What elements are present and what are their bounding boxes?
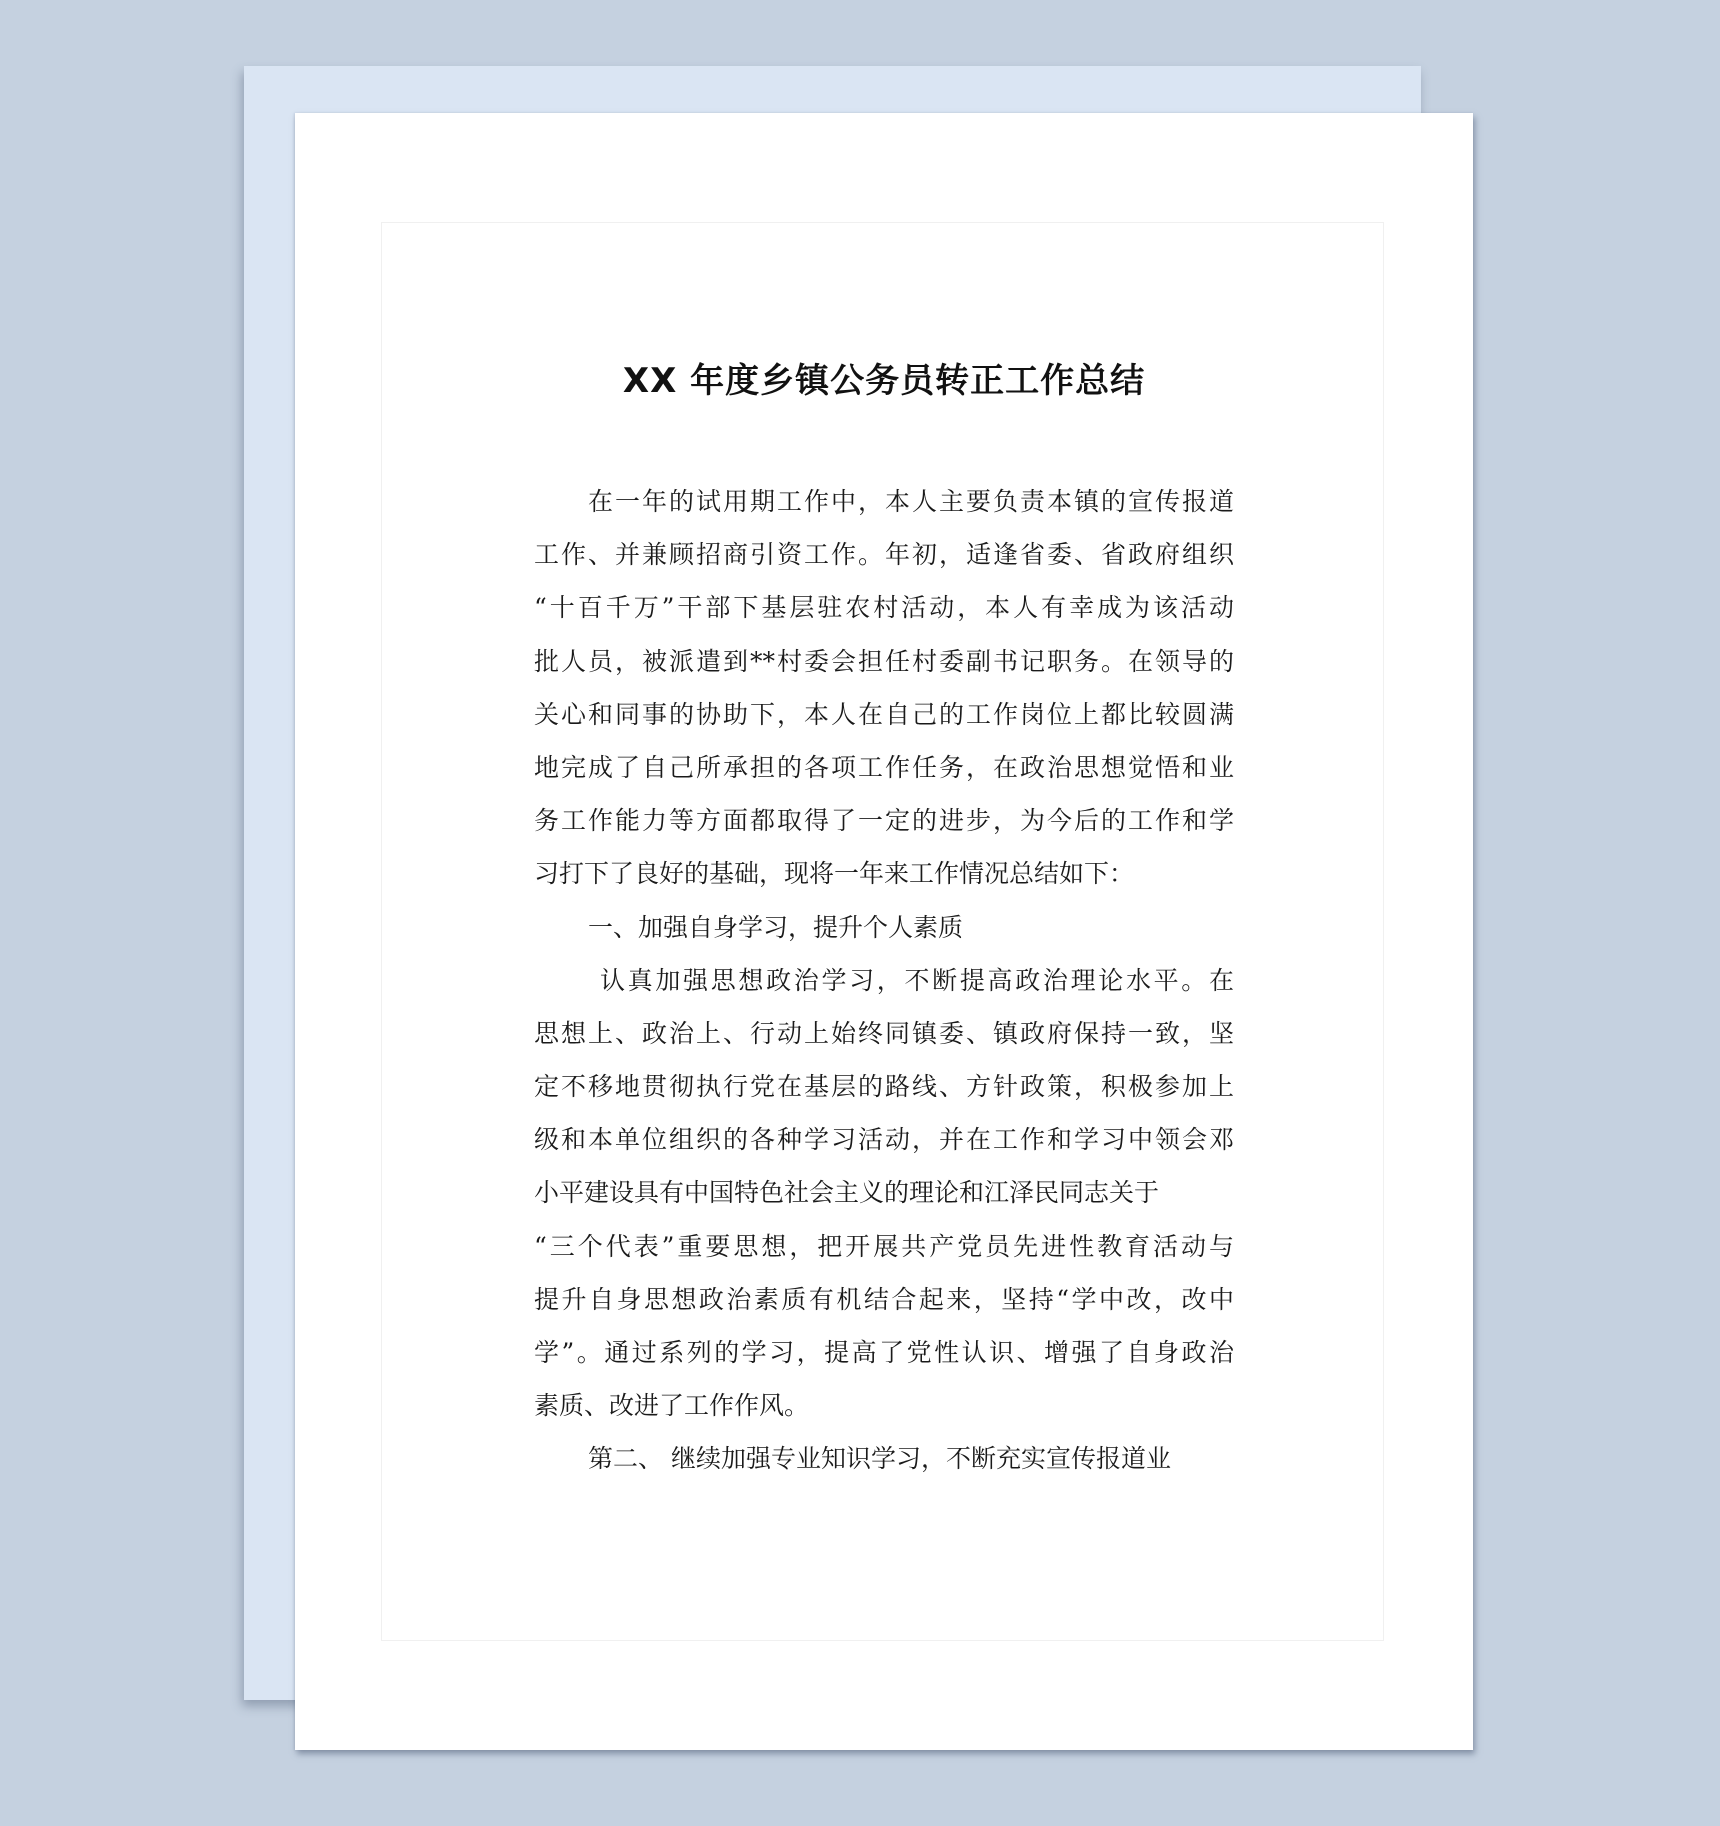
paragraph-line: 在一年的试用期工作中，本人主要负责本镇的宣传报道: [534, 475, 1234, 528]
paragraph-line: 务工作能力等方面都取得了一定的进步，为今后的工作和学: [534, 794, 1234, 847]
paragraph-line: 小平建设具有中国特色社会主义的理论和江泽民同志关于: [534, 1166, 1234, 1219]
paragraph-line: 地完成了自己所承担的各项工作任务，在政治思想觉悟和业: [534, 741, 1234, 794]
paragraph-line: “三个代表”重要思想，把开展共产党员先进性教育活动与: [534, 1220, 1234, 1273]
paragraph-line: 工作、并兼顾招商引资工作。年初，适逢省委、省政府组织: [534, 528, 1234, 581]
document-body: 在一年的试用期工作中，本人主要负责本镇的宣传报道 工作、并兼顾招商引资工作。年初…: [534, 475, 1234, 1486]
paragraph-line: 素质、改进了工作作风。: [534, 1379, 1234, 1432]
paragraph-line: 认真加强思想政治学习，不断提高政治理论水平。在: [534, 954, 1234, 1007]
paragraph-line: 级和本单位组织的各种学习活动，并在工作和学习中领会邓: [534, 1113, 1234, 1166]
document-title: XX 年度乡镇公务员转正工作总结: [295, 353, 1473, 402]
paragraph-line: 批人员，被派遣到**村委会担任村委副书记职务。在领导的: [534, 635, 1234, 688]
section-heading: 第二、 继续加强专业知识学习，不断充实宣传报道业: [534, 1432, 1234, 1485]
paragraph-line: 思想上、政治上、行动上始终同镇委、镇政府保持一致，坚: [534, 1007, 1234, 1060]
section-heading: 一、加强自身学习，提升个人素质: [534, 901, 1234, 954]
paragraph-line: 关心和同事的协助下，本人在自己的工作岗位上都比较圆满: [534, 688, 1234, 741]
document-page: XX 年度乡镇公务员转正工作总结 在一年的试用期工作中，本人主要负责本镇的宣传报…: [295, 113, 1473, 1750]
paragraph-line: 定不移地贯彻执行党在基层的路线、方针政策，积极参加上: [534, 1060, 1234, 1113]
paragraph-line: 学”。通过系列的学习，提高了党性认识、增强了自身政治: [534, 1326, 1234, 1379]
paragraph-line: “十百千万”干部下基层驻农村活动，本人有幸成为该活动: [534, 581, 1234, 634]
paragraph-line: 习打下了良好的基础，现将一年来工作情况总结如下：: [534, 847, 1234, 900]
paragraph-line: 提升自身思想政治素质有机结合起来，坚持“学中改，改中: [534, 1273, 1234, 1326]
